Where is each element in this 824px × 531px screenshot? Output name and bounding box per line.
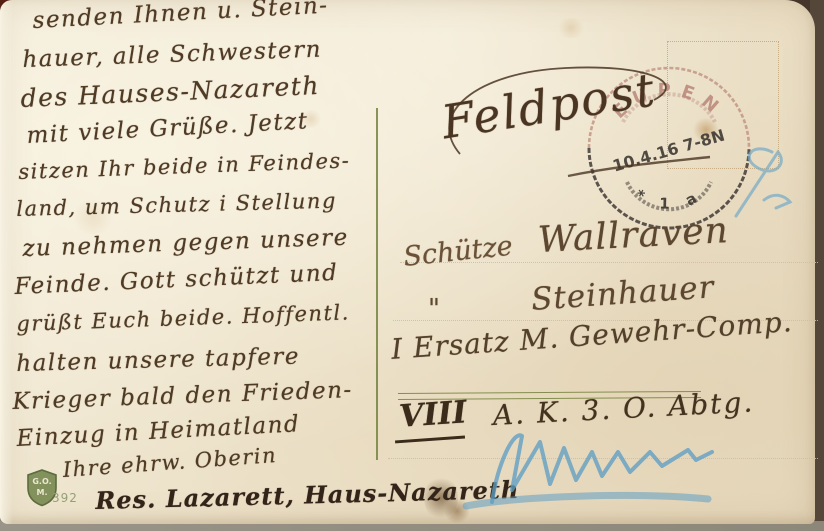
message-line: zu nehmen gegen unsere	[22, 225, 349, 262]
message-line: sitzen Ihr beide in Feindes-	[18, 148, 351, 184]
card-serial-number: 392	[52, 491, 78, 505]
svg-text:* 1 a: * 1 a	[632, 186, 706, 213]
message-line: Krieger bald den Frieden-	[12, 377, 353, 415]
address-guide-line	[388, 458, 818, 459]
postcard: senden Ihnen u. Stein- hauer, alle Schwe…	[0, 0, 815, 524]
message-line: grüßt Euch beide. Hoffentl.	[16, 300, 350, 336]
message-line: hauer, alle Schwestern	[22, 37, 322, 73]
shield-monogram-bottom: M.	[37, 488, 48, 497]
paper-stain	[556, 18, 586, 38]
message-line: senden Ihnen u. Stein-	[32, 0, 329, 34]
military-unit-line: I Ersatz M. Gewehr-Comp.	[390, 305, 794, 366]
message-line: halten unsere tapfere	[16, 344, 300, 377]
ditto-mark: "	[428, 294, 440, 324]
postcard-edge-highlight	[0, 0, 13, 524]
message-line: mit viele Grüße. Jetzt	[26, 108, 309, 149]
recipient-name-2: Steinhauer	[530, 269, 716, 318]
army-corps-numeral: VIII	[398, 394, 468, 435]
numeral-underline	[395, 436, 465, 443]
recipient-rank: Schütze	[402, 231, 514, 273]
postcard-divider-line	[376, 108, 378, 460]
recipient-name: Wallraven	[537, 210, 730, 261]
postmark-date: 10.4.16 7-8N	[610, 125, 726, 175]
message-line: land, um Schutz i Stellung	[16, 189, 337, 221]
message-sender-line: Res. Lazarett, Haus-Nazareth	[95, 475, 520, 515]
message-signature: Ihre ehrw. Oberin	[62, 443, 278, 482]
message-line: Feinde. Gott schützt und	[14, 260, 339, 300]
postmark-index: * 1 a	[632, 186, 706, 213]
message-line: des Hauses-Nazareth	[20, 71, 321, 113]
shield-monogram-top: G.O.	[32, 477, 51, 486]
